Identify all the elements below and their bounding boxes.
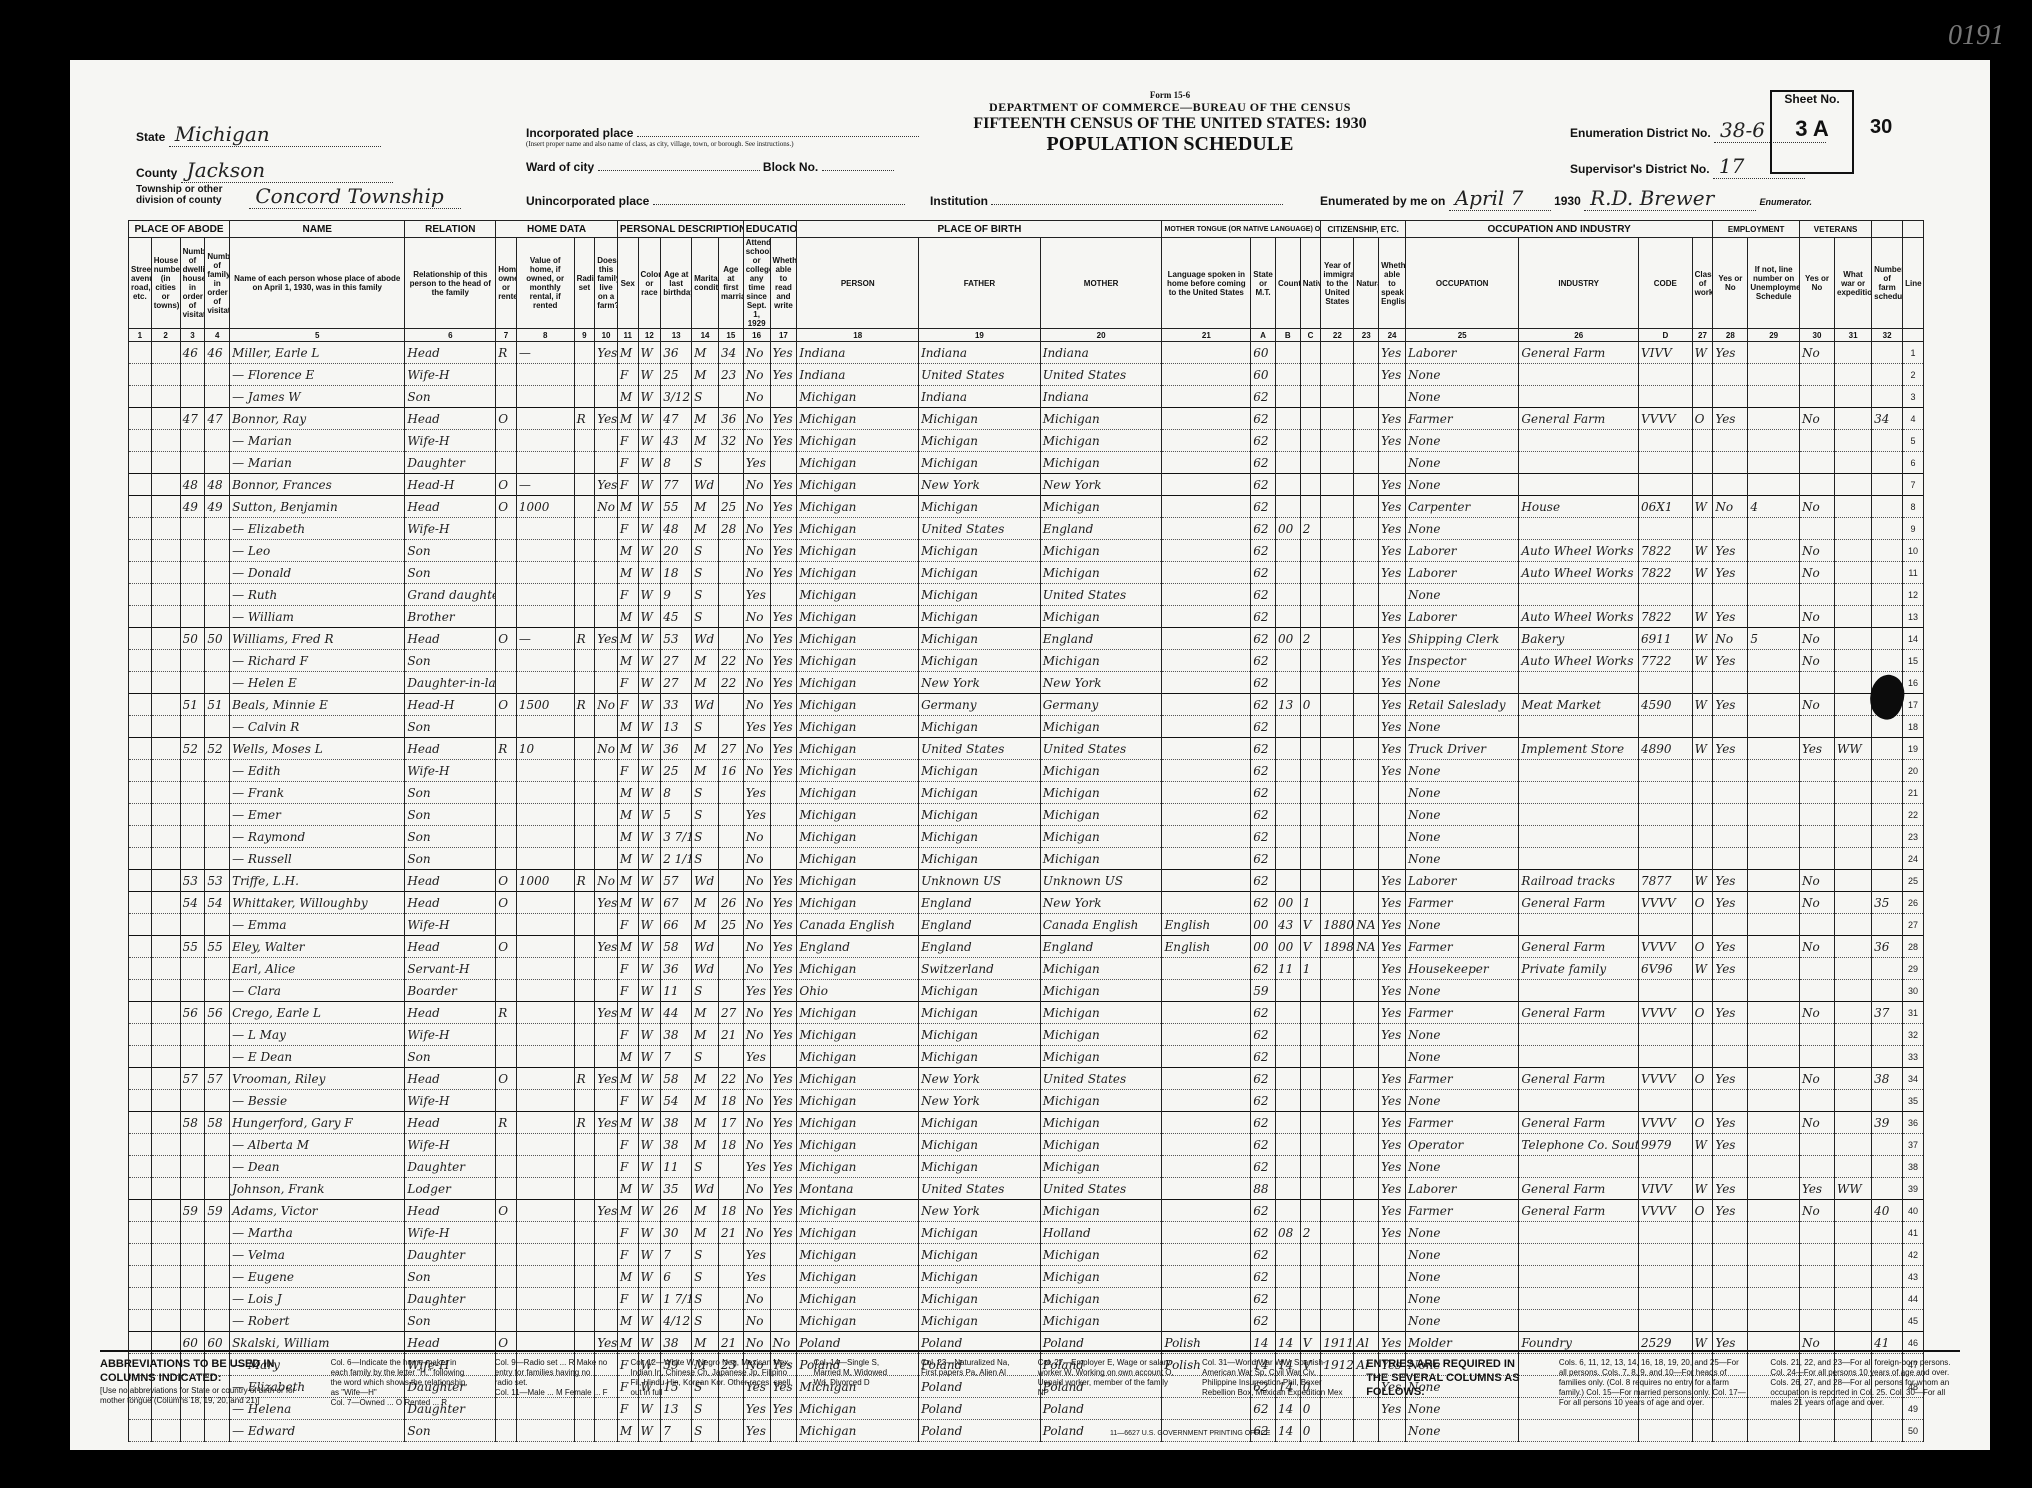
- cell-lang: [1162, 1068, 1251, 1090]
- cell-street: [129, 430, 152, 452]
- table-row: — BessieWife-HFW54M18NoYesMichiganNew Yo…: [129, 1090, 1924, 1112]
- cell-occupation: Housekeeper: [1405, 958, 1518, 980]
- cell-industry: [1519, 1244, 1639, 1266]
- enumerator-name: R.D. Brewer: [1584, 186, 1756, 211]
- cell-age-marr: [718, 958, 743, 980]
- cell-war: [1835, 408, 1872, 430]
- cell-owned: R: [496, 1112, 517, 1134]
- cell-lang: [1162, 408, 1251, 430]
- cell-family: [205, 386, 230, 408]
- table-row: Johnson, FrankLodgerMW35WdNoYesMontanaUn…: [129, 1178, 1924, 1200]
- cell-pob-father: Michigan: [919, 1134, 1041, 1156]
- cell-age: 38: [661, 1112, 692, 1134]
- cell-lang: [1162, 1244, 1251, 1266]
- cell-industry: Auto Wheel Works: [1519, 606, 1639, 628]
- cell-marital: S: [692, 562, 719, 584]
- cell-code-d: [1639, 1288, 1693, 1310]
- cell-unemp-line: [1748, 1002, 1800, 1024]
- cell-veteran: No: [1799, 606, 1834, 628]
- cell-at-work: Yes: [1713, 606, 1748, 628]
- cell-farm-sched: [1872, 584, 1903, 606]
- cell-occupation: None: [1405, 760, 1518, 782]
- cell-pob-mother: England: [1040, 628, 1162, 650]
- cell-house: [151, 1112, 180, 1134]
- cell-radio: R: [574, 1068, 595, 1090]
- cell-read: [770, 1288, 797, 1310]
- cell-marital: Wd: [692, 958, 719, 980]
- cell-pob-mother: Michigan: [1040, 1200, 1162, 1222]
- column-header: Year of immigration to the United States: [1321, 238, 1354, 329]
- cell-class: W: [1692, 738, 1713, 760]
- cell-age-marr: 22: [718, 1068, 743, 1090]
- table-row: — L MayWife-HFW38M21NoYesMichiganMichiga…: [129, 1024, 1924, 1046]
- cell-age: 20: [661, 540, 692, 562]
- cell-radio: R: [574, 870, 595, 892]
- cell-veteran: [1799, 760, 1834, 782]
- cell-code-c: [1300, 364, 1321, 386]
- cell-family: [205, 716, 230, 738]
- cell-code-a: 62: [1251, 1002, 1276, 1024]
- cell-school: No: [743, 474, 770, 496]
- cell-pob-mother: Unknown US: [1040, 870, 1162, 892]
- cell-radio: [574, 474, 595, 496]
- cell-house: [151, 804, 180, 826]
- cell-read: [770, 826, 797, 848]
- cell-code-a: 62: [1251, 518, 1276, 540]
- cell-line: 42: [1903, 1244, 1924, 1266]
- cell-value: 1500: [516, 694, 574, 716]
- cell-street: [129, 1266, 152, 1288]
- cell-pob: Michigan: [797, 870, 919, 892]
- cell-sex: M: [617, 342, 638, 364]
- cell-natur: [1354, 1156, 1379, 1178]
- cell-at-work: [1713, 1420, 1748, 1442]
- cell-age-marr: [718, 716, 743, 738]
- cell-age-marr: [718, 1420, 743, 1442]
- cell-unemp-line: [1748, 606, 1800, 628]
- cell-relation: Son: [405, 848, 496, 870]
- cell-war: [1835, 826, 1872, 848]
- cell-code-c: [1300, 782, 1321, 804]
- cell-family: 48: [205, 474, 230, 496]
- cell-house: [151, 474, 180, 496]
- cell-read: Yes: [770, 716, 797, 738]
- cell-code-b: 00: [1275, 518, 1300, 540]
- cell-war: [1835, 694, 1872, 716]
- cell-occupation: None: [1405, 1288, 1518, 1310]
- unincorporated-place-label: Unincorporated place: [526, 194, 649, 208]
- column-number: 27: [1692, 329, 1713, 342]
- cell-immig: [1321, 1420, 1354, 1442]
- cell-code-d: 4890: [1639, 738, 1693, 760]
- cell-read: [770, 782, 797, 804]
- enumerator-label: Enumerator.: [1759, 197, 1812, 207]
- cell-read: Yes: [770, 650, 797, 672]
- cell-veteran: No: [1799, 1112, 1834, 1134]
- cell-unemp-line: [1748, 1222, 1800, 1244]
- cell-line: 27: [1903, 914, 1924, 936]
- cell-farm-sched: [1872, 1156, 1903, 1178]
- print-code: 11—6627 U.S. GOVERNMENT PRINTING OFFICE: [1110, 1430, 1270, 1437]
- cell-relation: Head: [405, 496, 496, 518]
- cell-race: W: [638, 892, 661, 914]
- cell-war: [1835, 936, 1872, 958]
- cell-industry: General Farm: [1519, 936, 1639, 958]
- cell-at-work: [1713, 1024, 1748, 1046]
- cell-pob-mother: Michigan: [1040, 1244, 1162, 1266]
- cell-line: 25: [1903, 870, 1924, 892]
- cell-veteran: No: [1799, 870, 1834, 892]
- cell-immig: [1321, 540, 1354, 562]
- cell-natur: [1354, 782, 1379, 804]
- cell-school: No: [743, 518, 770, 540]
- cell-line: 18: [1903, 716, 1924, 738]
- cell-name: — Calvin R: [230, 716, 405, 738]
- cell-english: Yes: [1379, 760, 1406, 782]
- cell-school: Yes: [743, 804, 770, 826]
- cell-age: 66: [661, 914, 692, 936]
- cell-school: No: [743, 914, 770, 936]
- column-number: C: [1300, 329, 1321, 342]
- cell-industry: [1519, 452, 1639, 474]
- cell-immig: [1321, 1310, 1354, 1332]
- cell-natur: [1354, 408, 1379, 430]
- cell-name: — Frank: [230, 782, 405, 804]
- cell-line: 28: [1903, 936, 1924, 958]
- cell-read: Yes: [770, 562, 797, 584]
- cell-relation: Daughter: [405, 1156, 496, 1178]
- cell-street: [129, 1090, 152, 1112]
- cell-code-b: [1275, 1112, 1300, 1134]
- column-number: 2: [151, 329, 180, 342]
- group-mother-tongue: MOTHER TONGUE (OR NATIVE LANGUAGE) OF FO…: [1162, 221, 1321, 238]
- cell-occupation: Shipping Clerk: [1405, 628, 1518, 650]
- cell-name: — Dean: [230, 1156, 405, 1178]
- cell-pob-mother: United States: [1040, 1178, 1162, 1200]
- cell-read: Yes: [770, 1134, 797, 1156]
- cell-immig: [1321, 738, 1354, 760]
- cell-immig: [1321, 672, 1354, 694]
- cell-street: [129, 562, 152, 584]
- cell-english: Yes: [1379, 408, 1406, 430]
- cell-farm: [595, 452, 618, 474]
- cell-farm-sched: [1872, 386, 1903, 408]
- cell-house: [151, 848, 180, 870]
- column-header: Home owned or rented: [496, 238, 517, 329]
- column-header: Line: [1903, 238, 1924, 329]
- column-header: Country: [1275, 238, 1300, 329]
- cell-veteran: No: [1799, 540, 1834, 562]
- cell-unemp-line: [1748, 804, 1800, 826]
- cell-code-b: [1275, 1156, 1300, 1178]
- cell-dwelling: [180, 1310, 205, 1332]
- cell-lang: [1162, 628, 1251, 650]
- cell-read: [770, 848, 797, 870]
- cell-line: 1: [1903, 342, 1924, 364]
- cell-dwelling: 51: [180, 694, 205, 716]
- cell-house: [151, 914, 180, 936]
- cell-race: W: [638, 1002, 661, 1024]
- cell-war: [1835, 540, 1872, 562]
- cell-school: Yes: [743, 1266, 770, 1288]
- cell-class: W: [1692, 870, 1713, 892]
- abbrev-col23: Col. 23—Naturalized Na, First papers Pa,…: [921, 1358, 1016, 1408]
- cell-code-d: 7822: [1639, 540, 1693, 562]
- cell-code-c: [1300, 848, 1321, 870]
- cell-lang: [1162, 672, 1251, 694]
- cell-english: Yes: [1379, 672, 1406, 694]
- column-header: State or M.T.: [1251, 238, 1276, 329]
- cell-value: [516, 1288, 574, 1310]
- cell-english: Yes: [1379, 606, 1406, 628]
- column-header: Nativity: [1300, 238, 1321, 329]
- cell-code-d: VVVV: [1639, 892, 1693, 914]
- cell-at-work: [1713, 364, 1748, 386]
- cell-age-marr: [718, 870, 743, 892]
- cell-line: 39: [1903, 1178, 1924, 1200]
- cell-street: [129, 1156, 152, 1178]
- cell-natur: [1354, 1244, 1379, 1266]
- cell-war: [1835, 870, 1872, 892]
- cell-farm-sched: [1872, 1266, 1903, 1288]
- table-row: 4949Sutton, BenjaminHeadO1000NoMW55M25No…: [129, 496, 1924, 518]
- cell-dwelling: 49: [180, 496, 205, 518]
- cell-house: [151, 1046, 180, 1068]
- cell-marital: M: [692, 1200, 719, 1222]
- column-number-row: 123456789101112131415161718192021ABC2223…: [129, 329, 1924, 342]
- group-line: [1903, 221, 1924, 238]
- cell-industry: House: [1519, 496, 1639, 518]
- cell-radio: [574, 1156, 595, 1178]
- cell-veteran: [1799, 1156, 1834, 1178]
- cell-dwelling: [180, 804, 205, 826]
- cell-code-c: [1300, 430, 1321, 452]
- group-veterans: VETERANS: [1799, 221, 1871, 238]
- cell-code-b: 11: [1275, 958, 1300, 980]
- cell-war: WW: [1835, 738, 1872, 760]
- cell-family: [205, 1134, 230, 1156]
- cell-english: Yes: [1379, 1200, 1406, 1222]
- column-number: 29: [1748, 329, 1800, 342]
- cell-radio: [574, 584, 595, 606]
- cell-pob-mother: New York: [1040, 474, 1162, 496]
- cell-code-a: 62: [1251, 848, 1276, 870]
- cell-class: [1692, 1024, 1713, 1046]
- cell-code-d: [1639, 386, 1693, 408]
- cell-class: [1692, 1420, 1713, 1442]
- cell-at-work: [1713, 430, 1748, 452]
- cell-lang: [1162, 606, 1251, 628]
- cell-code-d: 6911: [1639, 628, 1693, 650]
- cell-line: 44: [1903, 1288, 1924, 1310]
- cell-veteran: [1799, 958, 1834, 980]
- cell-age-marr: 36: [718, 408, 743, 430]
- column-number: 1: [129, 329, 152, 342]
- cell-race: W: [638, 826, 661, 848]
- cell-school: No: [743, 760, 770, 782]
- cell-lang: [1162, 738, 1251, 760]
- cell-pob: Indiana: [797, 364, 919, 386]
- cell-code-c: [1300, 672, 1321, 694]
- cell-relation: Wife-H: [405, 914, 496, 936]
- cell-natur: NA: [1354, 936, 1379, 958]
- cell-age-marr: 22: [718, 672, 743, 694]
- cell-sex: M: [617, 496, 638, 518]
- column-header: If not, line number on Unemployment Sche…: [1748, 238, 1800, 329]
- cell-relation: Son: [405, 1420, 496, 1442]
- cell-industry: General Farm: [1519, 1068, 1639, 1090]
- column-number: 6: [405, 329, 496, 342]
- cell-owned: [496, 760, 517, 782]
- cell-war: [1835, 1156, 1872, 1178]
- cell-war: [1835, 1002, 1872, 1024]
- cell-read: Yes: [770, 342, 797, 364]
- cell-unemp-line: [1748, 1178, 1800, 1200]
- cell-school: No: [743, 408, 770, 430]
- cell-code-c: [1300, 716, 1321, 738]
- cell-farm: [595, 672, 618, 694]
- cell-family: [205, 1156, 230, 1178]
- table-row: — EmerSonMW5SYesMichiganMichiganMichigan…: [129, 804, 1924, 826]
- cell-owned: O: [496, 892, 517, 914]
- cell-dwelling: 47: [180, 408, 205, 430]
- cell-marital: M: [692, 650, 719, 672]
- cell-code-a: 62: [1251, 716, 1276, 738]
- cell-value: [516, 650, 574, 672]
- column-number: 16: [743, 329, 770, 342]
- cell-relation: Grand daughter: [405, 584, 496, 606]
- cell-immig: [1321, 606, 1354, 628]
- cell-relation: Head: [405, 628, 496, 650]
- cell-line: 20: [1903, 760, 1924, 782]
- cell-industry: [1519, 1024, 1639, 1046]
- cell-code-b: [1275, 1002, 1300, 1024]
- cell-unemp-line: [1748, 760, 1800, 782]
- cell-race: W: [638, 1266, 661, 1288]
- cell-occupation: None: [1405, 782, 1518, 804]
- abbrev-col9: Col. 9—Radio set ... R Make no entry for…: [495, 1358, 609, 1388]
- column-group-row: PLACE OF ABODE NAME RELATION HOME DATA P…: [129, 221, 1924, 238]
- cell-line: 33: [1903, 1046, 1924, 1068]
- cell-house: [151, 650, 180, 672]
- cell-house: [151, 782, 180, 804]
- cell-relation: Son: [405, 716, 496, 738]
- cell-farm-sched: [1872, 760, 1903, 782]
- cell-race: W: [638, 914, 661, 936]
- cell-relation: Daughter: [405, 1288, 496, 1310]
- cell-marital: M: [692, 430, 719, 452]
- column-header: Yes or No: [1713, 238, 1748, 329]
- cell-age: 3 7/12: [661, 826, 692, 848]
- cell-age-marr: [718, 606, 743, 628]
- cell-code-b: [1275, 760, 1300, 782]
- cell-code-d: [1639, 1090, 1693, 1112]
- cell-code-d: [1639, 1024, 1693, 1046]
- column-header: Value of home, if owned, or monthly rent…: [516, 238, 574, 329]
- cell-street: [129, 738, 152, 760]
- cell-school: No: [743, 848, 770, 870]
- cell-pob-father: Michigan: [919, 1024, 1041, 1046]
- cell-line: 43: [1903, 1266, 1924, 1288]
- cell-radio: [574, 1244, 595, 1266]
- cell-sex: M: [617, 936, 638, 958]
- cell-sex: M: [617, 738, 638, 760]
- group-name: NAME: [230, 221, 405, 238]
- cell-class: [1692, 782, 1713, 804]
- cell-read: [770, 584, 797, 606]
- cell-street: [129, 606, 152, 628]
- cell-pob-mother: New York: [1040, 892, 1162, 914]
- cell-owned: [496, 1178, 517, 1200]
- cell-at-work: Yes: [1713, 694, 1748, 716]
- cell-code-c: 2: [1300, 628, 1321, 650]
- township-field: Township or other division of county Con…: [136, 184, 466, 209]
- cell-english: Yes: [1379, 1068, 1406, 1090]
- cell-marital: Wd: [692, 1178, 719, 1200]
- cell-at-work: Yes: [1713, 650, 1748, 672]
- cell-pob-father: Michigan: [919, 584, 1041, 606]
- column-header: Yes or No: [1799, 238, 1834, 329]
- cell-natur: [1354, 1134, 1379, 1156]
- table-row: — VelmaDaughterFW7SYesMichiganMichiganMi…: [129, 1244, 1924, 1266]
- cell-code-b: [1275, 1134, 1300, 1156]
- cell-house: [151, 958, 180, 980]
- cell-code-b: [1275, 408, 1300, 430]
- cell-pob: England: [797, 936, 919, 958]
- cell-class: [1692, 1222, 1713, 1244]
- enumeration-district-label: Enumeration District No.: [1570, 126, 1711, 140]
- cell-read: [770, 386, 797, 408]
- cell-house: [151, 628, 180, 650]
- cell-family: 54: [205, 892, 230, 914]
- cell-school: Yes: [743, 716, 770, 738]
- cell-house: [151, 980, 180, 1002]
- column-header: Street, avenue, road, etc.: [129, 238, 152, 329]
- cell-age: 45: [661, 606, 692, 628]
- cell-marital: M: [692, 1068, 719, 1090]
- cell-farm-sched: [1872, 1046, 1903, 1068]
- cell-marital: S: [692, 782, 719, 804]
- cell-occupation: None: [1405, 1156, 1518, 1178]
- cell-farm-sched: [1872, 870, 1903, 892]
- cell-veteran: [1799, 1134, 1834, 1156]
- cell-owned: [496, 804, 517, 826]
- cell-pob-father: Michigan: [919, 782, 1041, 804]
- cell-code-b: [1275, 672, 1300, 694]
- cell-at-work: [1713, 1288, 1748, 1310]
- cell-school: Yes: [743, 782, 770, 804]
- cell-radio: [574, 430, 595, 452]
- cell-pob: Michigan: [797, 848, 919, 870]
- cell-pob-father: New York: [919, 1068, 1041, 1090]
- cell-unemp-line: [1748, 1024, 1800, 1046]
- cell-lang: [1162, 1112, 1251, 1134]
- column-number: 18: [797, 329, 919, 342]
- column-number: 21: [1162, 329, 1251, 342]
- cell-code-b: [1275, 848, 1300, 870]
- cell-english: [1379, 1244, 1406, 1266]
- cell-radio: [574, 1178, 595, 1200]
- cell-street: [129, 474, 152, 496]
- cell-industry: [1519, 1288, 1639, 1310]
- table-row: — Alberta MWife-HFW38M18NoYesMichiganMic…: [129, 1134, 1924, 1156]
- cell-unemp-line: [1748, 782, 1800, 804]
- cell-dwelling: 53: [180, 870, 205, 892]
- cell-age: 26: [661, 1200, 692, 1222]
- cell-code-b: 00: [1275, 628, 1300, 650]
- cell-marital: S: [692, 584, 719, 606]
- cell-farm: [595, 1046, 618, 1068]
